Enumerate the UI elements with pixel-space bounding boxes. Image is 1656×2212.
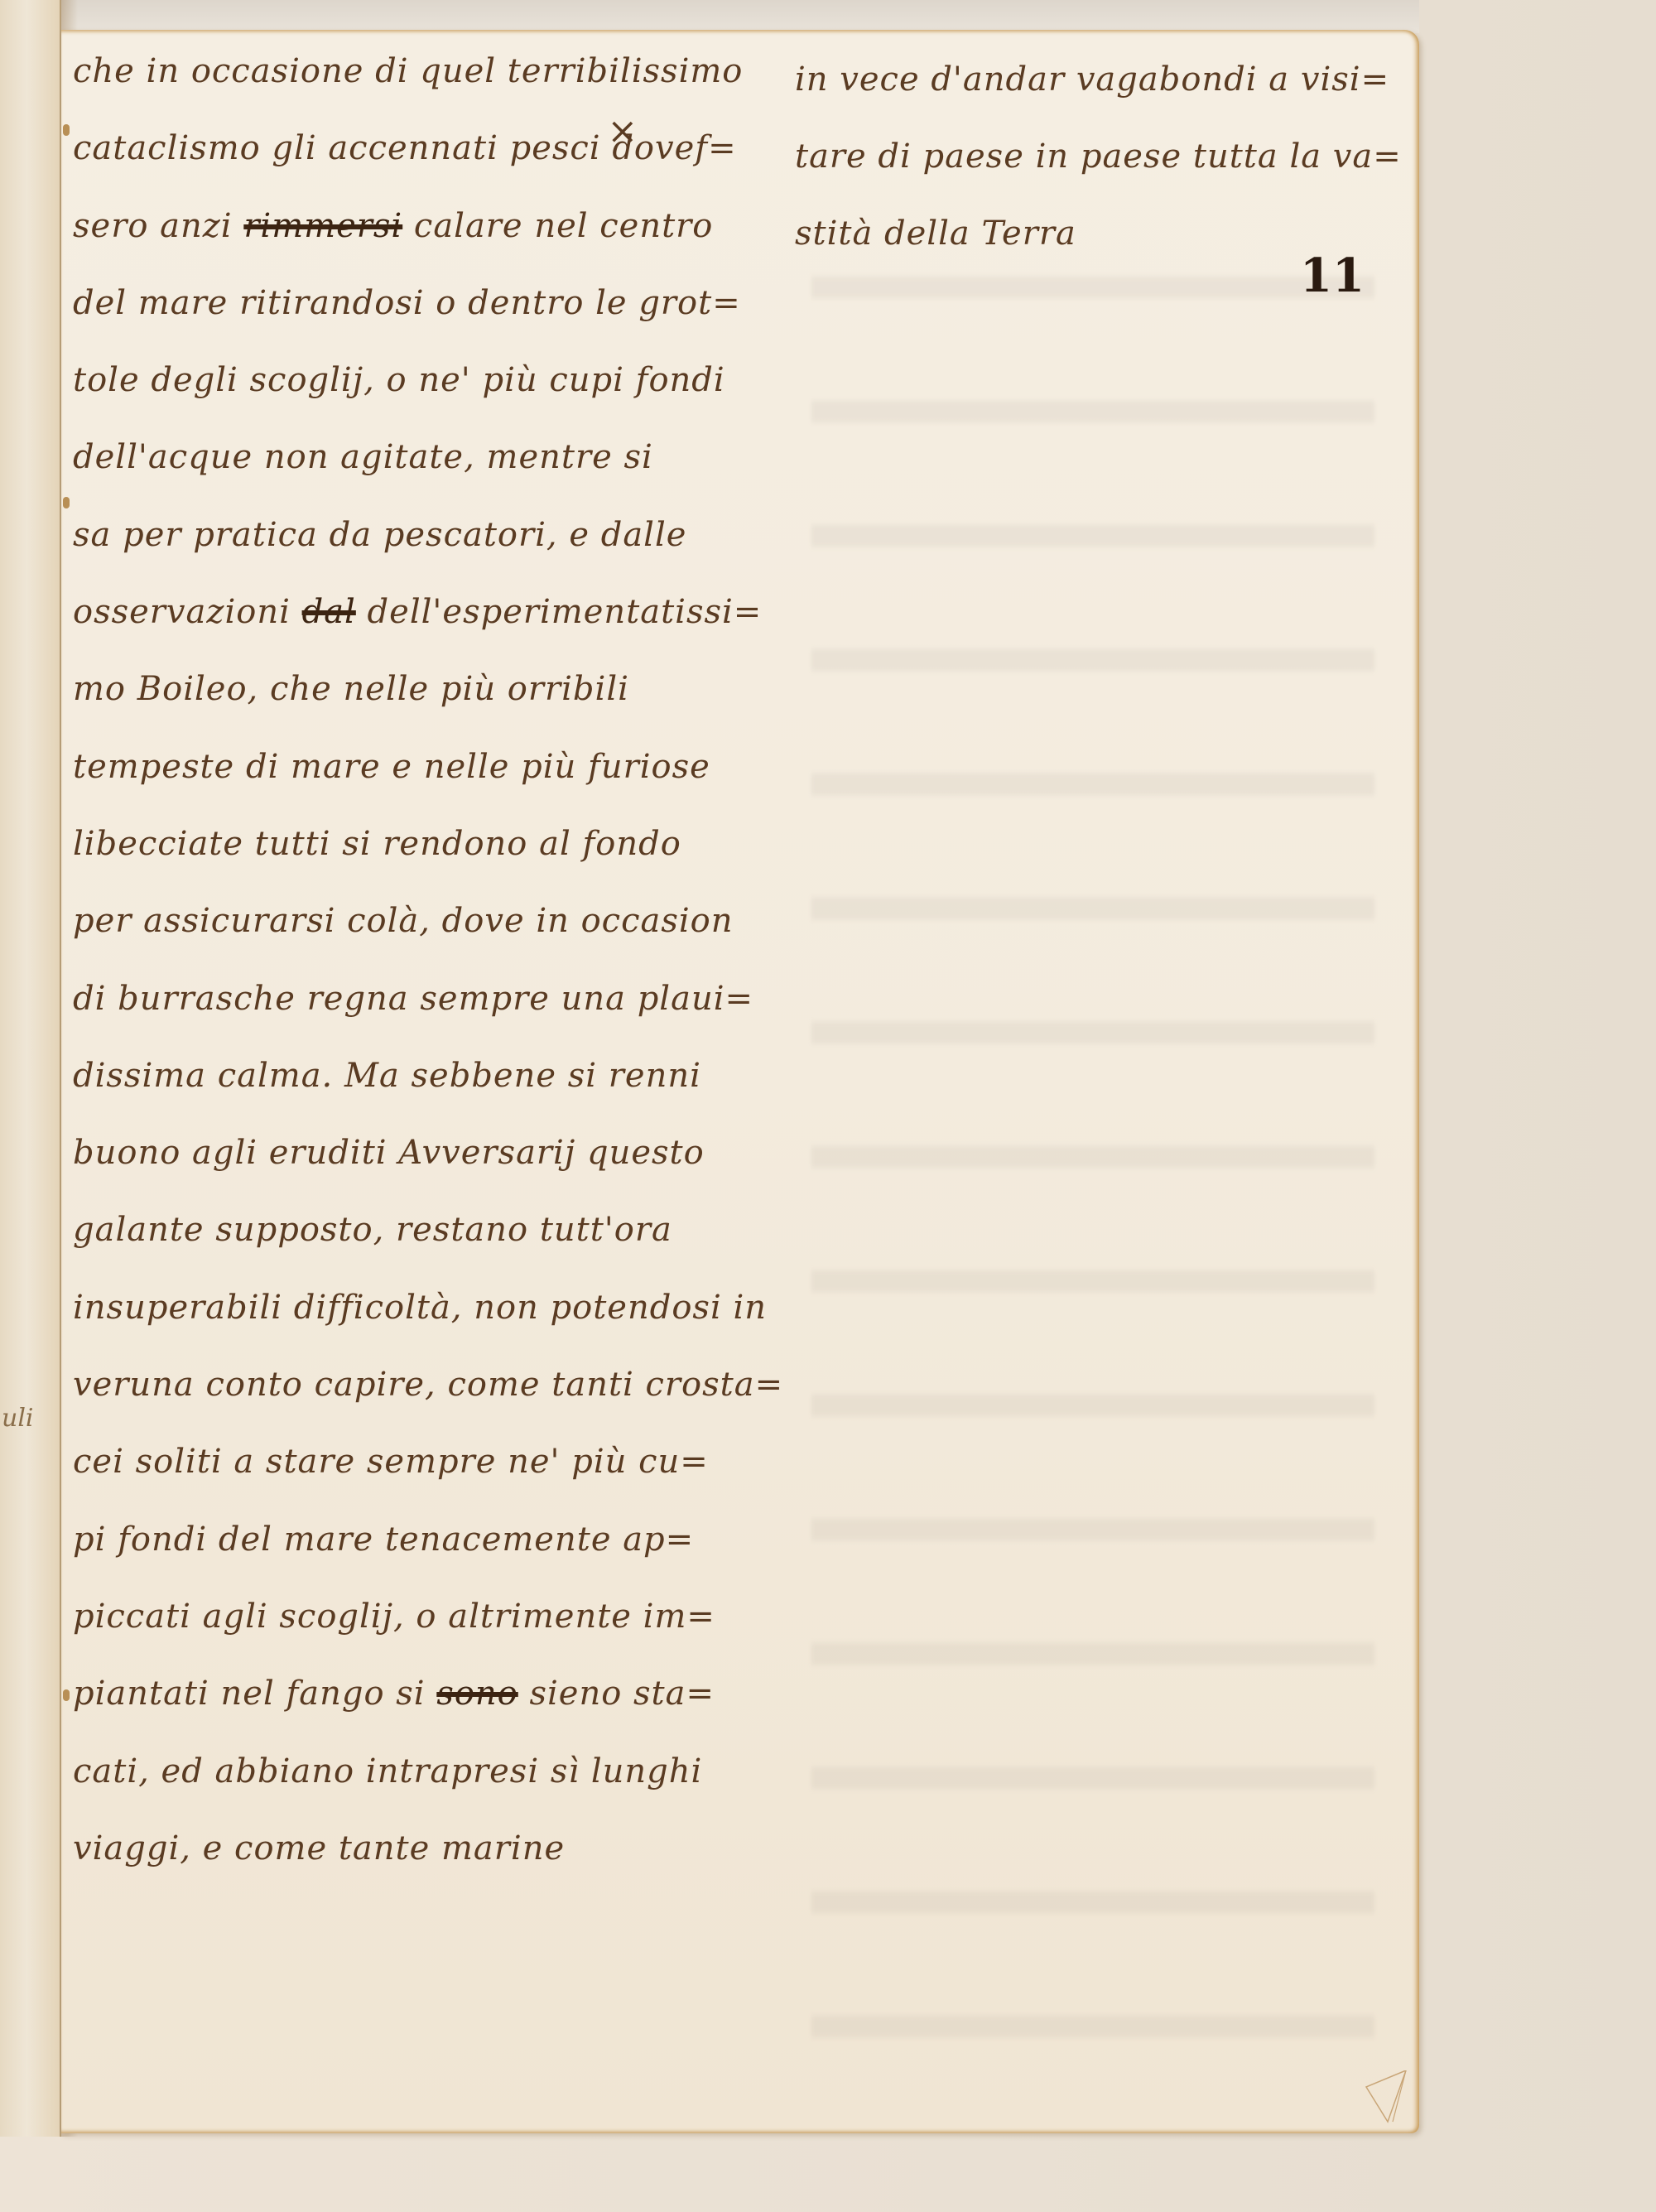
edge-stain: [63, 497, 70, 508]
text-line: del mare ritirandosi o dentro le grot=: [73, 265, 818, 342]
text-line-part: sieno sta=: [518, 1675, 715, 1713]
text-line-part: piantati nel fango si: [73, 1675, 436, 1713]
text-line: che in occasione di quel terribilissimo: [73, 33, 818, 110]
text-line: insuperabili difficoltà, non potendosi i…: [73, 1270, 818, 1347]
text-line: viaggi, e come tante marine: [73, 1810, 818, 1887]
text-line: piccati agli scoglij, o altrimente im=: [73, 1578, 818, 1655]
text-line: sa per pratica da pescatori, e dalle: [73, 497, 818, 574]
text-line: tole degli scoglij, o ne' più cupi fondi: [73, 342, 818, 419]
text-line: cataclismo gli accennati pesci dovef=: [73, 110, 818, 187]
text-line-part: osservazioni: [73, 593, 302, 631]
text-line: in vece d'andar vagabondi a visi=: [795, 41, 1391, 118]
continuation-column: in vece d'andar vagabondi a visi= tare d…: [795, 41, 1391, 272]
text-line: buono agli eruditi Avversarij questo: [73, 1115, 818, 1192]
ink-bleed-through: [811, 215, 1374, 2079]
text-line: cei soliti a stare sempre ne' più cu=: [73, 1424, 818, 1501]
text-line-part: sero anzi: [73, 207, 243, 245]
text-line: cati, ed abbiano intrapresi sì lunghi: [73, 1733, 818, 1810]
text-line: piantati nel fango si sono sieno sta=: [73, 1655, 818, 1732]
text-line-part: dell'esperimentatissi=: [356, 593, 762, 631]
text-line-part: cataclismo gli accennati pesci: [73, 129, 612, 167]
text-line: di burrasche regna sempre una plaui=: [73, 961, 818, 1038]
edge-stain: [63, 124, 70, 136]
text-line: per assicurarsi colà, dove in occasion: [73, 883, 818, 960]
text-line: dell'acque non agitate, mentre si: [73, 419, 818, 496]
text-line: tempeste di mare e nelle più furiose: [73, 729, 818, 806]
edge-stain: [63, 1689, 70, 1701]
text-line-part: calare nel centro: [402, 207, 713, 245]
corner-fold-icon: [1356, 2070, 1414, 2128]
margin-note: uli: [2, 1404, 34, 1433]
text-line: galante supposto, restano tutt'ora: [73, 1192, 818, 1269]
text-line: pi fondi del mare tenacemente ap=: [73, 1501, 818, 1578]
text-line: tare di paese in paese tutta la va=: [795, 118, 1391, 195]
struck-word: dal: [302, 593, 356, 631]
main-text-column: che in occasione di quel terribilissimo …: [73, 33, 818, 1887]
facing-page-edge: uli: [0, 0, 61, 2137]
text-line: libecciate tutti si rendono al fondo: [73, 806, 818, 883]
struck-word: rimmersi: [243, 207, 402, 245]
text-line: veruna conto capire, come tanti crosta=: [73, 1347, 818, 1424]
text-line: mo Boileo, che nelle più orribili: [73, 651, 818, 728]
text-line: sero anzi rimmersi calare nel centro: [73, 188, 818, 265]
text-line: osservazioni dal dell'esperimentatissi=: [73, 574, 818, 651]
text-line: dissima calma. Ma sebbene si renni: [73, 1038, 818, 1115]
page-number: 11: [1300, 248, 1365, 303]
struck-word: sono: [436, 1675, 517, 1713]
top-shadow: [61, 0, 1419, 33]
